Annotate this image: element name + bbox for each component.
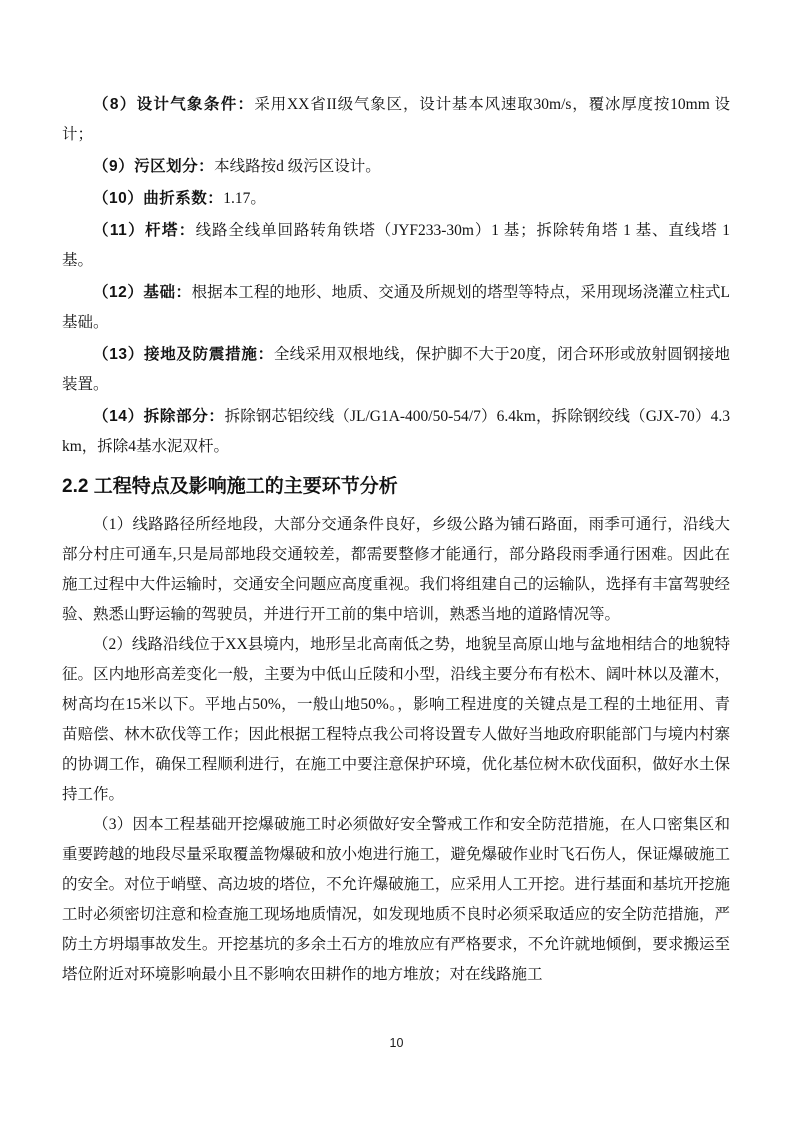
spec-item: （8）设计气象条件：采用XX省II级气象区，设计基本风速取30m/s，覆冰厚度按… [62, 90, 730, 150]
section-heading: 2.2 工程特点及影响施工的主要环节分析 [62, 472, 730, 502]
body-paragraph: （3）因本工程基础开挖爆破施工时必须做好安全警戒工作和安全防范措施，在人口密集区… [62, 810, 730, 990]
spec-item: （11）杆塔：线路全线单回路转角铁塔（JYF233-30m）1 基；拆除转角塔 … [62, 216, 730, 276]
body-paragraph: （2）线路沿线位于XX县境内，地形呈北高南低之势，地貌呈高原山地与盆地相结合的地… [62, 630, 730, 810]
document-page: （8）设计气象条件：采用XX省II级气象区，设计基本风速取30m/s，覆冰厚度按… [0, 0, 793, 1122]
spec-item-label: （12）基础： [93, 284, 192, 301]
spec-item-label: （8）设计气象条件： [93, 96, 254, 113]
spec-item: （13）接地及防震措施：全线采用双根地线，保护脚不大于20度，闭合环形或放射圆钢… [62, 340, 730, 400]
spec-item-label: （10）曲折系数： [93, 190, 223, 207]
spec-item: （10）曲折系数：1.17。 [62, 184, 730, 214]
spec-item-label: （11）杆塔： [93, 222, 196, 239]
body-paragraph: （1）线路路径所经地段，大部分交通条件良好，乡级公路为铺石路面，雨季可通行，沿线… [62, 510, 730, 630]
spec-item: （9）污区划分：本线路按d 级污区设计。 [62, 152, 730, 182]
spec-item-text: 1.17。 [223, 190, 266, 207]
spec-item-label: （14）拆除部分： [93, 408, 225, 425]
spec-item-label: （9）污区划分： [93, 158, 214, 175]
spec-item: （12）基础：根据本工程的地形、地质、交通及所规划的塔型等特点，采用现场浇灌立柱… [62, 278, 730, 338]
spec-item: （14）拆除部分：拆除钢芯铝绞线（JL/G1A-400/50-54/7）6.4k… [62, 402, 730, 462]
spec-item-text: 本线路按d 级污区设计。 [214, 158, 381, 175]
document-content: （8）设计气象条件：采用XX省II级气象区，设计基本风速取30m/s，覆冰厚度按… [62, 90, 730, 990]
spec-item-label: （13）接地及防震措施： [93, 346, 274, 363]
page-number: 10 [0, 1036, 793, 1050]
